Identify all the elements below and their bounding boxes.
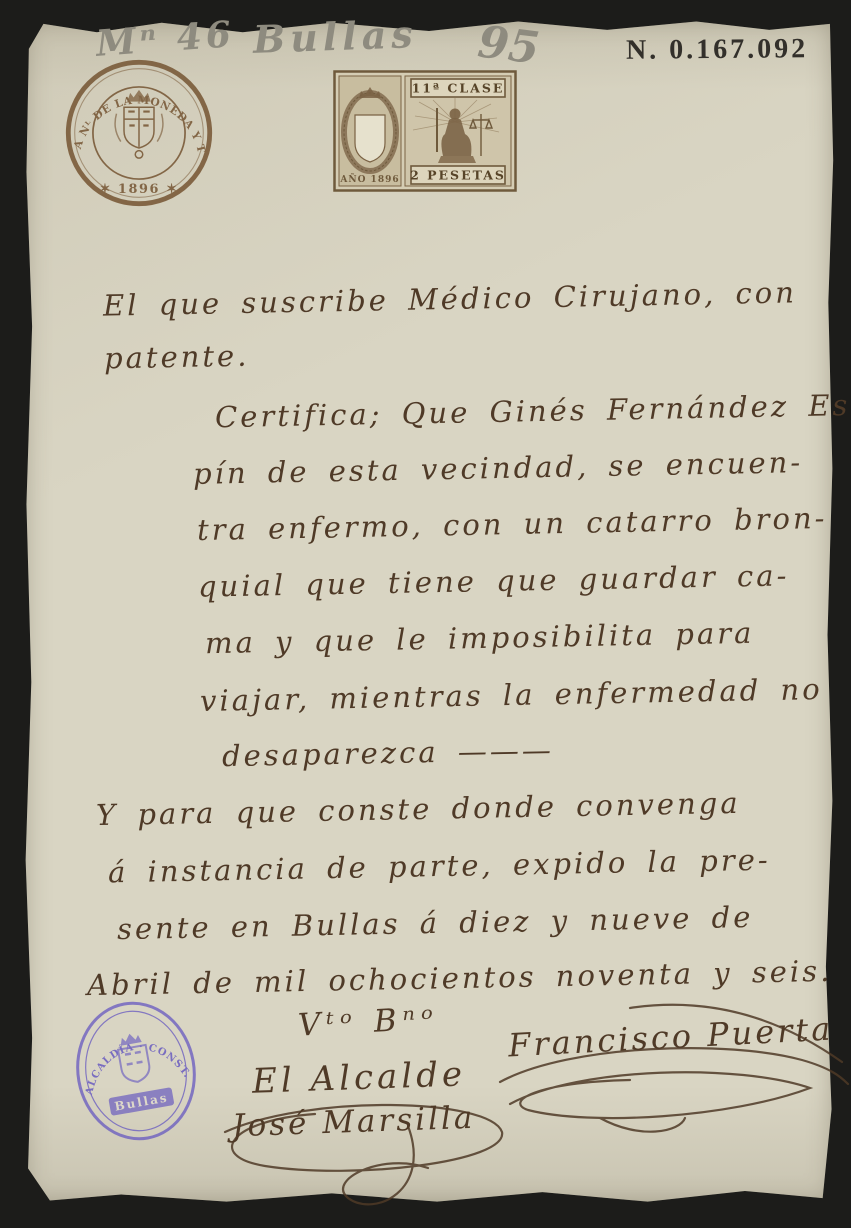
stamp-class-text: 11ª CLASE <box>412 81 505 96</box>
mint-seal: FÁBRICA Nᴸ DE LA MONEDA Y TIMBRE ✶ 1896 … <box>64 58 214 208</box>
stamp-value-text: 2 PESETAS <box>410 168 506 183</box>
manuscript-line: patente. <box>104 339 250 376</box>
serial-number: N. 0.167.092 <box>626 33 809 67</box>
stamp-figure-panel-icon: 11ª CLASE 2 P <box>405 76 511 186</box>
alcalde-title: El Alcalde <box>251 1054 466 1101</box>
stamp-shield-panel-icon: AÑO 1896 <box>339 76 401 186</box>
fiscal-stamp: AÑO 1896 11ª CLASE <box>333 70 517 192</box>
pencil-annotation-town: Bullas <box>252 11 418 62</box>
municipal-coat-of-arms-icon <box>116 1032 152 1084</box>
manuscript-line: desaparezca ——— <box>222 733 554 773</box>
seal-year-text: ✶ 1896 ✶ <box>99 182 178 197</box>
svg-text:FÁBRICA Nᴸ DE LA MONEDA Y TIMB: FÁBRICA Nᴸ DE LA MONEDA Y TIMBRE <box>64 58 208 155</box>
pencil-annotation-year: 95 <box>475 16 542 74</box>
municipal-stamp: ALCALDÍA · CONST. Bullas <box>58 985 214 1158</box>
stamp-year-text: AÑO 1896 <box>339 173 399 185</box>
visto-bueno-label: Vᵗᵒ Bⁿᵒ <box>297 1000 440 1043</box>
seal-arc-text: FÁBRICA Nᴸ DE LA MONEDA Y TIMBRE <box>64 58 208 155</box>
document-scan: Mⁿ 46 Bullas 95 N. 0.167.092 FÁBRICA Nᴸ … <box>0 0 851 1228</box>
